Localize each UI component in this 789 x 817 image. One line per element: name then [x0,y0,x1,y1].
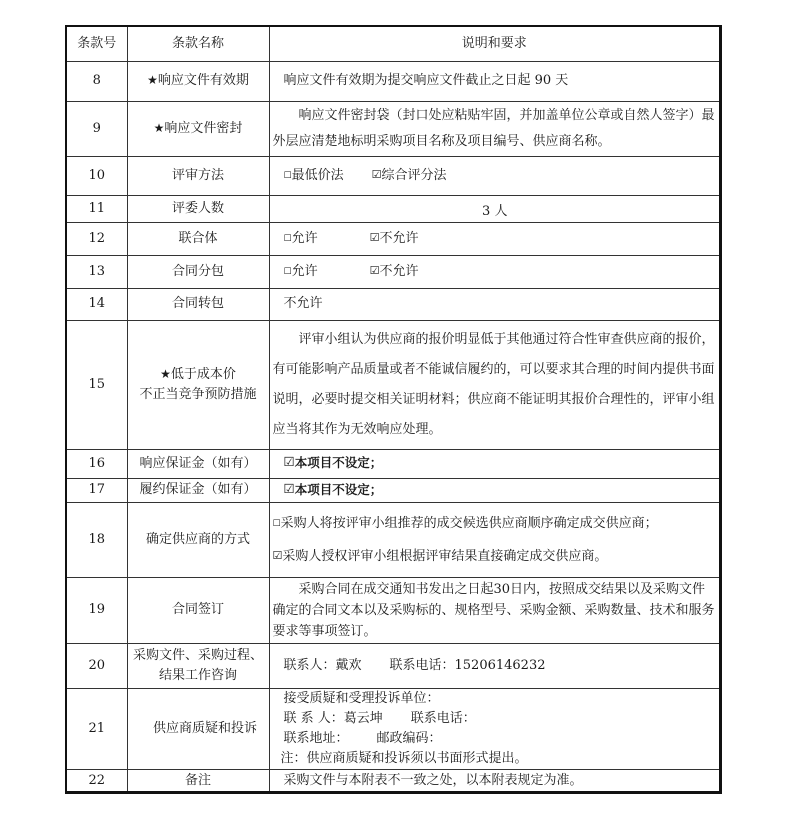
option-label: 采购人将按评审小组推荐的成交候选供应商顺序确定成交供应商； [281,516,658,531]
clause-name: 采购文件、采购过程、 结果工作咨询 [127,643,269,688]
clause-name: 供应商质疑和投诉 [127,688,269,769]
table-row: 14 合同转包 不允许 [67,288,719,320]
checkbox-unchecked-icon: ☐ [284,170,292,184]
header-clause-name: 条款名称 [127,27,269,61]
complaint-contact-phone: 联系电话： [411,711,476,726]
star-icon: ★ [160,367,171,381]
clause-number: 8 [67,61,127,101]
option-label: 最低价法 [292,168,344,183]
clause-description: 3 人 [269,195,719,222]
table-row: 16 响应保证金（如有） ☑本项目不设定； [67,449,719,478]
checkbox-checked-icon: ☑ [372,167,382,184]
clause-name: 备注 [127,769,269,791]
table-row: 11 评委人数 3 人 [67,195,719,222]
clause-description: 采购合同在成交通知书发出之日起30日内，按照成交结果以及采购文件确定的合同文本以… [269,577,719,643]
clause-name: ★响应文件有效期 [127,61,269,101]
star-icon: ★ [154,121,165,135]
table-row: 10 评审方法 ☐最低价法☑综合评分法 [67,156,719,195]
clause-name-text: 响应文件有效期 [158,73,249,88]
clause-number: 14 [67,288,127,320]
clause-number: 20 [67,643,127,688]
table-row: 15 ★低于成本价 不正当竞争预防措施 评审小组认为供应商的报价明显低于其他通过… [67,320,719,449]
complaint-postcode: 邮政编码： [377,731,442,746]
checkbox-checked-icon: ☑ [284,453,295,472]
clause-name: ★低于成本价 不正当竞争预防措施 [127,320,269,449]
clause-name-line2: 结果工作咨询 [128,666,269,686]
option-ranked-candidate[interactable]: ☐采购人将按评审小组推荐的成交候选供应商顺序确定成交供应商； [273,508,718,540]
option-label: 允许 [292,264,318,279]
clause-name: 确定供应商的方式 [127,502,269,577]
clause-name-line2: 不正当竞争预防措施 [128,385,269,405]
contact-person: 联系人：戴欢 [284,658,362,673]
option-label: 采购人授权评审小组根据评审结果直接确定成交供应商。 [282,549,607,564]
checkbox-checked-icon: ☑ [370,263,380,280]
table-row: 13 合同分包 ☐允许☑不允许 [67,255,719,288]
table-row: 17 履约保证金（如有） ☑本项目不设定； [67,478,719,502]
option-label: 允许 [292,231,318,246]
option-comprehensive-scoring[interactable]: ☑综合评分法 [372,166,447,186]
option-label: 不允许 [379,231,418,246]
option-allow[interactable]: ☐允许 [284,229,318,249]
clause-description: 响应文件有效期为提交响应文件截止之日起 90 天 [269,61,719,101]
clause-name: 合同签订 [127,577,269,643]
complaint-contact-line: 联 系 人：葛云坤联系电话： [284,709,718,729]
header-description: 说明和要求 [269,27,719,61]
clause-number: 21 [67,688,127,769]
clause-number: 9 [67,101,127,156]
option-lowest-price[interactable]: ☐最低价法 [284,166,344,186]
clause-description-text: 本项目不设定； [295,482,383,497]
clause-description: 联系人：戴欢联系电话：15206146232 [269,643,719,688]
option-label: 综合评分法 [381,168,446,183]
clause-name: 评委人数 [127,195,269,222]
clause-name-line1: 采购文件、采购过程、 [128,646,269,666]
option-disallow[interactable]: ☑不允许 [370,262,419,282]
complaint-contact-person: 联 系 人：葛云坤 [284,711,383,726]
clause-description: ☐允许☑不允许 [269,255,719,288]
clause-description: 不允许 [269,288,719,320]
table-row: 19 合同签订 采购合同在成交通知书发出之日起30日内，按照成交结果以及采购文件… [67,577,719,643]
complaint-address-line: 联系地址：邮政编码： [284,729,718,749]
option-label: 不允许 [379,264,418,279]
clause-description: ☑本项目不设定； [269,478,719,502]
contact-phone: 联系电话：15206146232 [390,658,546,673]
complaint-address: 联系地址： [284,731,349,746]
star-icon: ★ [147,73,158,87]
clause-name: 合同分包 [127,255,269,288]
clause-name: ★响应文件密封 [127,101,269,156]
clause-name: 响应保证金（如有） [127,449,269,478]
table-row: 21 供应商质疑和投诉 接受质疑和受理投诉单位： 联 系 人：葛云坤联系电话： … [67,688,719,769]
clause-description: ☐最低价法☑综合评分法 [269,156,719,195]
table-row: 12 联合体 ☐允许☑不允许 [67,222,719,255]
clause-number: 18 [67,502,127,577]
clause-description: ☐允许☑不允许 [269,222,719,255]
clause-name-text: 响应文件密封 [164,121,242,136]
checkbox-unchecked-icon: ☐ [273,509,281,540]
checkbox-unchecked-icon: ☐ [284,266,292,280]
table-row: 22 备注 采购文件与本附表不一致之处，以本附表规定为准。 [67,769,719,791]
clause-number: 17 [67,478,127,502]
table-row: 20 采购文件、采购过程、 结果工作咨询 联系人：戴欢联系电话：15206146… [67,643,719,688]
procurement-terms-table: 条款号 条款名称 说明和要求 8 ★响应文件有效期 响应文件有效期为提交响应文件… [67,27,719,791]
table-row: 9 ★响应文件密封 响应文件密封袋（封口处应粘贴牢固，并加盖单位公章或自然人签字… [67,101,719,156]
clause-name: 评审方法 [127,156,269,195]
clause-number: 15 [67,320,127,449]
clause-name: 联合体 [127,222,269,255]
option-allow[interactable]: ☐允许 [284,262,318,282]
clause-description: 采购文件与本附表不一致之处，以本附表规定为准。 [269,769,719,791]
clause-description: 响应文件密封袋（封口处应粘贴牢固，并加盖单位公章或自然人签字）最外层应清楚地标明… [269,101,719,156]
clause-number: 10 [67,156,127,195]
clause-number: 19 [67,577,127,643]
header-clause-number: 条款号 [67,27,127,61]
clause-number: 22 [67,769,127,791]
clause-number: 11 [67,195,127,222]
clause-number: 13 [67,255,127,288]
clause-name: 履约保证金（如有） [127,478,269,502]
table-row: 18 确定供应商的方式 ☐采购人将按评审小组推荐的成交候选供应商顺序确定成交供应… [67,502,719,577]
clause-description-text: 本项目不设定； [295,455,383,470]
checkbox-checked-icon: ☑ [284,480,295,499]
clause-number: 12 [67,222,127,255]
checkbox-checked-icon: ☑ [273,540,283,571]
option-authorize-panel[interactable]: ☑采购人授权评审小组根据评审结果直接确定成交供应商。 [273,540,718,572]
clause-name: 合同转包 [127,288,269,320]
checkbox-checked-icon: ☑ [370,230,380,247]
clause-description: 接受质疑和受理投诉单位： 联 系 人：葛云坤联系电话： 联系地址：邮政编码： 注… [269,688,719,769]
clause-number: 16 [67,449,127,478]
table-row: 8 ★响应文件有效期 响应文件有效期为提交响应文件截止之日起 90 天 [67,61,719,101]
clause-name-line1: 低于成本价 [171,367,236,382]
clause-description: 评审小组认为供应商的报价明显低于其他通过符合性审查供应商的报价，有可能影响产品质… [269,320,719,449]
clause-description: ☐采购人将按评审小组推荐的成交候选供应商顺序确定成交供应商； ☑采购人授权评审小… [269,502,719,577]
checkbox-unchecked-icon: ☐ [284,233,292,247]
table-header-row: 条款号 条款名称 说明和要求 [67,27,719,61]
complaint-unit-label: 接受质疑和受理投诉单位： [284,689,718,709]
complaint-note: 注：供应商质疑和投诉须以书面形式提出。 [281,749,718,769]
procurement-terms-table-frame: 条款号 条款名称 说明和要求 8 ★响应文件有效期 响应文件有效期为提交响应文件… [65,25,722,794]
clause-description: ☑本项目不设定； [269,449,719,478]
option-disallow[interactable]: ☑不允许 [370,229,419,249]
